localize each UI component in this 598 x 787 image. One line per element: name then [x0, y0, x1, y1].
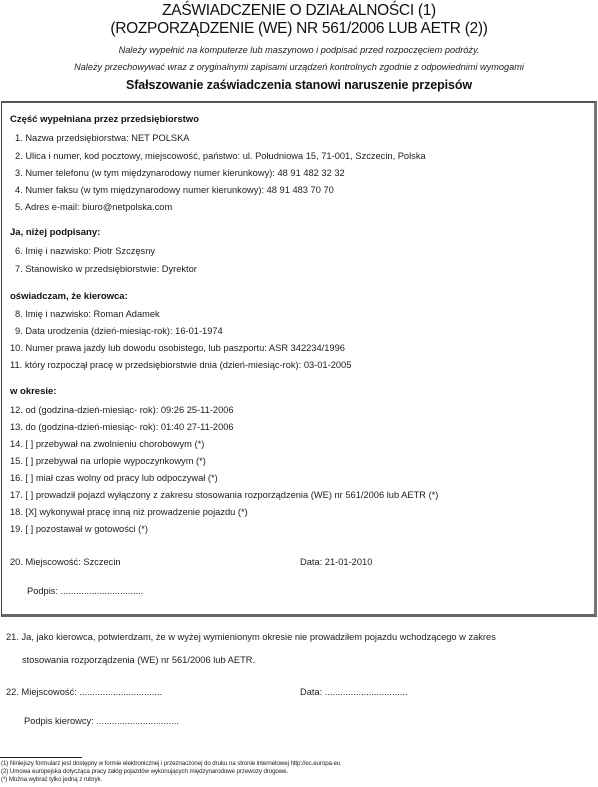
- checkbox-other-work[interactable]: 18. [X] wykonywał pracę inną niż prowadz…: [10, 507, 248, 517]
- footnote-2: (2) Umowa europejska dotycząca pracy zał…: [1, 768, 288, 775]
- checkbox-availability[interactable]: 19. [ ] pozostawał w gotowości (*): [10, 524, 148, 534]
- field-company-fax[interactable]: 4. Numer faksu (w tym międzynarodowy num…: [15, 185, 334, 195]
- field-driver-license[interactable]: 10. Numer prawa jazdy lub dowodu osobist…: [10, 343, 345, 353]
- period-heading: w okresie:: [10, 386, 56, 397]
- signatory-heading: Ja, niżej podpisany:: [10, 227, 100, 238]
- field-company-name[interactable]: 1. Nazwa przedsiębiorstwa: NET POLSKA: [15, 133, 189, 143]
- checkbox-annual-leave[interactable]: 15. [ ] przebywał na urlopie wypoczynkow…: [10, 456, 206, 466]
- driver-heading: oświadczam, że kierowca:: [10, 291, 128, 302]
- driver-confirmation-text-cont: stosowania rozporządzenia (WE) nr 561/20…: [22, 655, 255, 665]
- field-company-address[interactable]: 2. Ulica i numer, kod pocztowy, miejscow…: [15, 151, 426, 161]
- checkbox-excluded-vehicle[interactable]: 17. [ ] prowadził pojazd wyłączony z zak…: [10, 490, 438, 500]
- footnote-3: (*) Można wybrać tylko jedną z rubryk.: [1, 776, 102, 783]
- checkbox-sick-leave[interactable]: 14. [ ] przebywał na zwolnieniu chorobow…: [10, 439, 204, 449]
- instruction-keep: Należy przechowywać wraz z oryginalnymi …: [0, 62, 598, 72]
- field-company-signature[interactable]: Podpis: ................................: [27, 586, 143, 596]
- field-period-from[interactable]: 12. od (godzina-dzień-miesiąc- rok): 09:…: [10, 405, 234, 415]
- form-subtitle: (ROZPORZĄDZENIE (WE) NR 561/2006 LUB AET…: [0, 20, 598, 38]
- field-company-email[interactable]: 5. Adres e-mail: biuro@netpolska.com: [15, 202, 172, 212]
- field-driver-start-date[interactable]: 11. który rozpoczął pracę w przedsiębior…: [10, 360, 351, 370]
- field-driver-date[interactable]: Data: ................................: [300, 687, 407, 697]
- forgery-warning: Sfałszowanie zaświadczenia stanowi narus…: [0, 78, 598, 92]
- field-period-to[interactable]: 13. do (godzina-dzień-miesiąc- rok): 01:…: [10, 422, 234, 432]
- field-signatory-position[interactable]: 7. Stanowisko w przedsiębiorstwie: Dyrek…: [15, 264, 197, 274]
- driver-confirmation-text: 21. Ja, jako kierowca, potwierdzam, że w…: [6, 632, 496, 642]
- field-signatory-name[interactable]: 6. Imię i nazwisko: Piotr Szczęsny: [15, 246, 155, 256]
- instruction-fill: Należy wypełnić na komputerze lub maszyn…: [0, 45, 598, 55]
- field-company-date[interactable]: Data: 21-01-2010: [300, 557, 372, 567]
- field-driver-name[interactable]: 8. Imię i nazwisko: Roman Adamek: [15, 309, 160, 319]
- form-title: ZAŚWIADCZENIE O DZIAŁALNOŚCI (1): [0, 2, 598, 20]
- field-company-place[interactable]: 20. Miejscowość: Szczecin: [10, 557, 121, 567]
- company-section-heading: Część wypełniana przez przedsiębiorstwo: [10, 114, 199, 125]
- checkbox-rest[interactable]: 16. [ ] miał czas wolny od pracy lub odp…: [10, 473, 218, 483]
- field-driver-birthdate[interactable]: 9. Data urodzenia (dzień-miesiąc-rok): 1…: [15, 326, 223, 336]
- footnote-divider: [0, 757, 82, 758]
- field-driver-place[interactable]: 22. Miejscowość: .......................…: [6, 687, 162, 697]
- footnote-1: (1) Niniejszy formularz jest dostępny w …: [1, 760, 340, 767]
- field-driver-signature[interactable]: Podpis kierowcy: .......................…: [24, 716, 179, 726]
- field-company-phone[interactable]: 3. Numer telefonu (w tym międzynarodowy …: [15, 168, 345, 178]
- company-section-box: [1, 101, 597, 617]
